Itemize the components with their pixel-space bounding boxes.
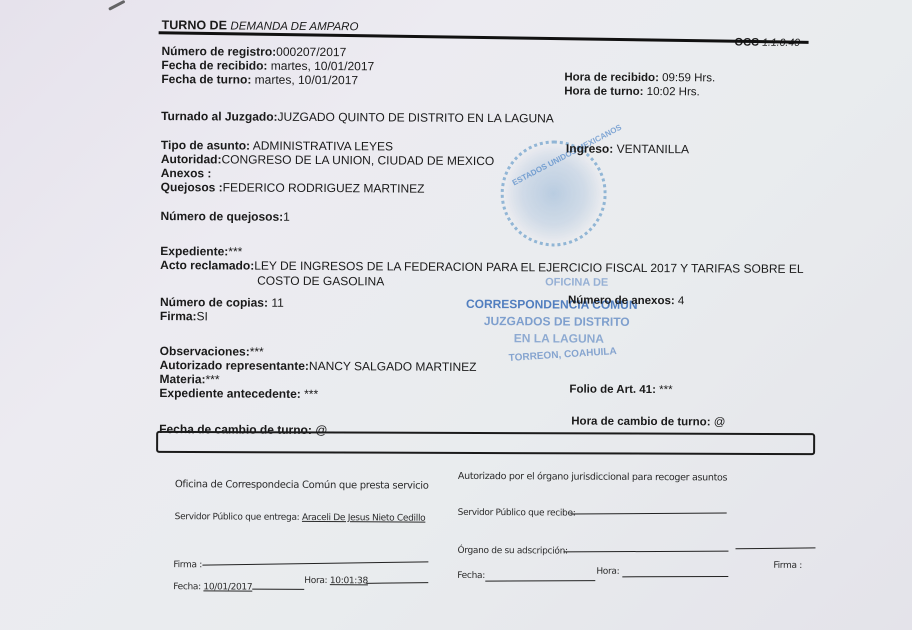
footer-fecha: Fecha: 10/01/2017 (173, 582, 252, 592)
observaciones-label: Observaciones: (160, 344, 250, 359)
footer-fecha-value: 10/01/2017 (203, 582, 252, 592)
cambio-turno-box (156, 431, 815, 455)
anexos: Anexos : (161, 166, 212, 180)
footer-hora: Hora: 10:01:38 (304, 576, 368, 586)
footer-left-heading: Oficina de Correspondecia Común que pres… (175, 479, 429, 492)
hora-cambio-turno-label: Hora de cambio de turno: (571, 416, 710, 429)
title-rule (159, 31, 809, 44)
autorizado-representante-label: Autorizado representante: (160, 358, 309, 373)
right-hora-line (622, 576, 728, 577)
stamp-line-torreon: TORREON, COAHUILA (508, 346, 617, 364)
organo-adscripcion-line (563, 551, 728, 553)
hora-recibido: Hora de recibido: 09:59 Hrs. (564, 71, 715, 86)
acto-reclamado-value-line2: COSTO DE GASOLINA (257, 274, 384, 289)
quejosos-label: Quejosos : (161, 180, 223, 194)
hora-recibido-label: Hora de recibido: (564, 72, 659, 85)
folio-art-41-label: Folio de Art. 41: (569, 384, 656, 397)
numero-copias: Número de copias: 11 (160, 295, 284, 310)
pen-mark (108, 0, 125, 11)
expediente-antecedente-label: Expediente antecedente: (159, 386, 300, 401)
hora-recibido-value: 09:59 Hrs. (659, 72, 715, 84)
numero-quejosos: Número de quejosos:1 (160, 209, 289, 224)
numero-registro: Número de registro:000207/2017 (161, 44, 346, 59)
quejosos: Quejosos :FEDERICO RODRIGUEZ MARTINEZ (161, 180, 425, 196)
hora-turno-label: Hora de turno: (564, 86, 643, 98)
expediente-antecedente: Expediente antecedente: *** (159, 386, 318, 401)
footer-hora-label: Hora: (304, 576, 327, 586)
footer-right-heading: Autorizado por el órgano jurisdiccional … (458, 471, 727, 484)
servidor-entrega-value: Araceli De Jesus Nieto Cedillo (302, 513, 425, 524)
right-fecha-line (485, 580, 595, 581)
expediente-antecedente-value: *** (301, 387, 318, 401)
hora-turno: Hora de turno: 10:02 Hrs. (564, 85, 700, 100)
quejosos-value: FEDERICO RODRIGUEZ MARTINEZ (223, 180, 425, 195)
expediente-value: *** (228, 244, 242, 258)
organo-adscripcion-label: Órgano de su adscripción: (457, 546, 567, 557)
ingreso-value: VENTANILLA (613, 142, 689, 156)
tipo-asunto: Tipo de asunto: ADMINISTRATIVA LEYES (161, 138, 393, 153)
fecha-turno: Fecha de turno: martes, 10/01/2017 (161, 72, 358, 87)
numero-copias-value: 11 (268, 296, 284, 310)
numero-quejosos-label: Número de quejosos: (160, 209, 283, 224)
fecha-recibido-value: martes, 10/01/2017 (267, 59, 374, 74)
fecha-recibido: Fecha de recibido: martes, 10/01/2017 (161, 58, 374, 73)
firma: Firma:SI (160, 309, 208, 323)
observaciones: Observaciones:*** (160, 344, 264, 359)
firma-label: Firma: (160, 309, 197, 323)
numero-anexos: Número de anexos: 4 (568, 294, 684, 309)
firma-value: SI (197, 309, 208, 323)
hora-cambio-turno: Hora de cambio de turno: @ (571, 415, 725, 430)
fecha-turno-label: Fecha de turno: (161, 72, 251, 87)
footer-firma-label: Firma : (173, 560, 202, 570)
materia-value: *** (205, 372, 219, 386)
right-firma-line (735, 547, 815, 549)
stamp-line-oficina: OFICINA DE (545, 276, 608, 288)
turnado-juzgado-value: JUZGADO QUINTO DE DISTRITO EN LA LAGUNA (278, 110, 554, 126)
hora-turno-value: 10:02 Hrs. (643, 86, 699, 98)
numero-quejosos-value: 1 (283, 210, 290, 224)
stamp-line-juzgados: JUZGADOS DE DISTRITO (484, 314, 630, 329)
footer-fecha-label: Fecha: (173, 582, 201, 592)
servidor-entrega: Servidor Público que entrega: Araceli De… (175, 512, 426, 524)
folio-art-41: Folio de Art. 41: *** (569, 383, 672, 398)
materia: Materia:*** (159, 372, 219, 386)
footer-hora-value: 10:01:38 (330, 576, 368, 586)
numero-registro-label: Número de registro: (161, 44, 276, 59)
turnado-juzgado-label: Turnado al Juzgado: (161, 109, 278, 124)
ingreso-label: Ingreso: (566, 142, 613, 156)
amparo-turn-document: TURNO DE DEMANDA DE AMPARO OCC 1.1.0.40 … (0, 0, 912, 630)
anexos-label: Anexos : (161, 166, 212, 180)
hora-cambio-turno-value: @ (711, 416, 726, 428)
right-fecha-label: Fecha: (457, 571, 485, 581)
hora-line (366, 582, 428, 584)
numero-registro-value: 000207/2017 (276, 45, 346, 59)
expediente-label: Expediente: (160, 244, 228, 258)
numero-copias-label: Número de copias: (160, 295, 268, 310)
acto-reclamado-label: Acto reclamado: (160, 258, 254, 273)
fecha-turno-value: martes, 10/01/2017 (251, 73, 358, 88)
materia-label: Materia: (159, 372, 205, 386)
right-hora-label: Hora: (596, 567, 619, 577)
autorizado-representante-value: NANCY SALGADO MARTINEZ (309, 359, 477, 374)
title-italic: DEMANDA DE AMPARO (230, 20, 358, 33)
firma-signature-line (202, 561, 428, 565)
numero-anexos-label: Número de anexos: (568, 295, 675, 308)
turnado-juzgado: Turnado al Juzgado:JUZGADO QUINTO DE DIS… (161, 109, 554, 125)
title-bold: TURNO DE (162, 18, 227, 32)
numero-anexos-value: 4 (675, 295, 685, 307)
ingreso: Ingreso: VENTANILLA (566, 142, 689, 157)
expediente: Expediente:*** (160, 244, 242, 259)
servidor-entrega-label: Servidor Público que entrega: (175, 512, 300, 523)
folio-art-41-value: *** (656, 384, 673, 396)
servidor-recibe-label: Servidor Público que recibe: (458, 508, 576, 519)
autoridad-label: Autoridad: (161, 152, 222, 166)
stamp-line-laguna: EN LA LAGUNA (514, 331, 604, 346)
servidor-recibe-line (571, 513, 727, 515)
tipo-asunto-value: ADMINISTRATIVA LEYES (250, 139, 393, 154)
autoridad-value: CONGRESO DE LA UNION, CIUDAD DE MEXICO (221, 152, 494, 168)
right-firma-label: Firma : (773, 561, 802, 571)
observaciones-value: *** (250, 345, 264, 359)
fecha-recibido-label: Fecha de recibido: (161, 58, 267, 73)
tipo-asunto-label: Tipo de asunto: (161, 138, 250, 153)
fecha-line (252, 589, 304, 590)
acto-reclamado-line2: COSTO DE GASOLINA (257, 274, 384, 289)
